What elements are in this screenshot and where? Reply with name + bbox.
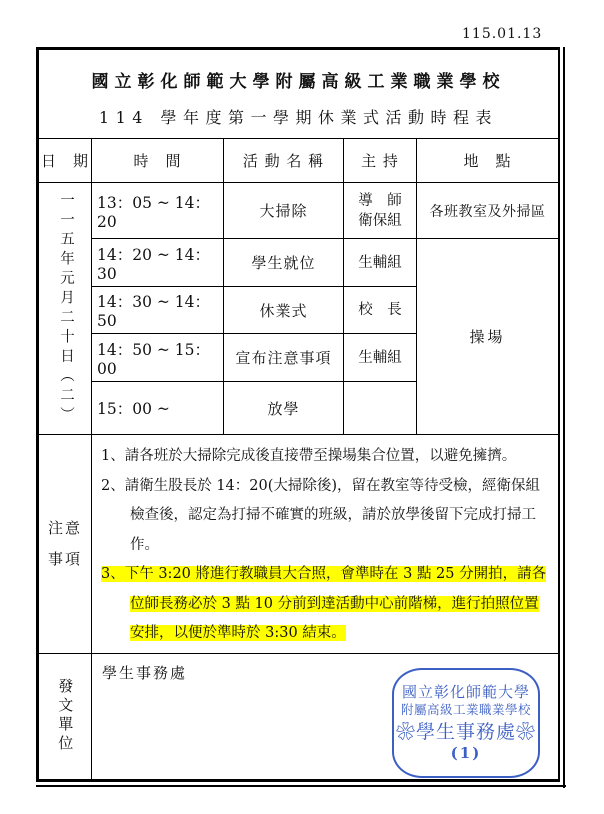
activity-cell: 放學 — [224, 382, 344, 435]
host-cell — [344, 382, 417, 435]
activity-cell: 宣布注意事項 — [224, 334, 344, 382]
time-cell: 15：00 ~ — [92, 382, 224, 435]
issuer-label-vertical: 發文單位 — [57, 678, 74, 754]
host-cell: 生輔組 — [344, 239, 417, 287]
time-cell: 14：50 ~ 15：00 — [92, 334, 224, 382]
activity-cell: 學生就位 — [224, 239, 344, 287]
stamp-line1: 國立彰化師範大學 — [402, 683, 530, 703]
school-name: 國立彰化師範大學附屬高級工業職業學校 — [39, 67, 558, 92]
notes-label-line1: 注意 — [48, 521, 82, 536]
header-time: 時 間 — [92, 139, 224, 183]
issuer-label-cell: 發文單位 — [39, 653, 92, 779]
issuer-content-cell: 學生事務處 國立彰化師範大學 附屬高級工業職業學校 ❀學生事務處❀ (1) — [92, 653, 559, 779]
schedule-table: 國立彰化師範大學附屬高級工業職業學校 114 學年度第一學期休業式活動時程表 日… — [36, 47, 560, 782]
header-date: 日 期 — [39, 139, 92, 183]
official-stamp: 國立彰化師範大學 附屬高級工業職業學校 ❀學生事務處❀ (1) — [392, 668, 540, 778]
notes-content-cell: 1、請各班於大掃除完成後直接帶至操場集合位置，以避免擁擠。 2、請衛生股長於 1… — [92, 435, 559, 654]
document-title: 114 學年度第一學期休業式活動時程表 — [39, 105, 558, 128]
highlighted-text: 3、下午 3:20 將進行教職員大合照，會準時在 3 點 25 分開拍，請各位師… — [101, 566, 546, 641]
stamp-line2: 附屬高級工業職業學校 — [401, 702, 531, 718]
host-cell: 校 長 — [344, 287, 417, 334]
stamp-line4: (1) — [451, 744, 482, 762]
header-host: 主 持 — [344, 139, 417, 183]
header-activity: 活 動 名 稱 — [224, 139, 344, 183]
host-cell: 生輔組 — [344, 334, 417, 382]
header-location: 地 點 — [417, 139, 559, 183]
host-cell: 導 師 衛保組 — [344, 183, 417, 239]
location-cell: 各班教室及外掃區 — [417, 183, 559, 239]
note-item-2: 2、請衛生股長於 14：20(大掃除後)，留在教室等待受檢，經衛保組檢查後，認定… — [101, 472, 552, 561]
title-block: 國立彰化師範大學附屬高級工業職業學校 114 學年度第一學期休業式活動時程表 — [39, 50, 559, 139]
time-cell: 14：20 ~ 14：30 — [92, 239, 224, 287]
activity-cell: 大掃除 — [224, 183, 344, 239]
time-cell: 13：05 ~ 14：20 — [92, 183, 224, 239]
location-merged-cell: 操場 — [417, 239, 559, 435]
activity-cell: 休業式 — [224, 287, 344, 334]
note-item-3-highlighted: 3、下午 3:20 將進行教職員大合照，會準時在 3 點 25 分開拍，請各位師… — [101, 560, 552, 649]
host-line2: 衛保組 — [344, 211, 416, 231]
time-cell: 14：30 ~ 14：50 — [92, 287, 224, 334]
document-date: 115.01.13 — [462, 26, 542, 42]
host-line1: 導 師 — [344, 191, 416, 211]
issuer-value: 學生事務處 — [102, 664, 187, 682]
event-date-vertical: 一一五年元月二十日（二） — [57, 192, 73, 426]
notes-label-line2: 事項 — [48, 552, 82, 567]
note-item-1: 1、請各班於大掃除完成後直接帶至操場集合位置，以避免擁擠。 — [101, 442, 552, 472]
notes-label-cell: 注意 事項 — [39, 435, 92, 654]
stamp-line3: ❀學生事務處❀ — [396, 720, 536, 745]
date-cell: 一一五年元月二十日（二） — [39, 183, 92, 435]
